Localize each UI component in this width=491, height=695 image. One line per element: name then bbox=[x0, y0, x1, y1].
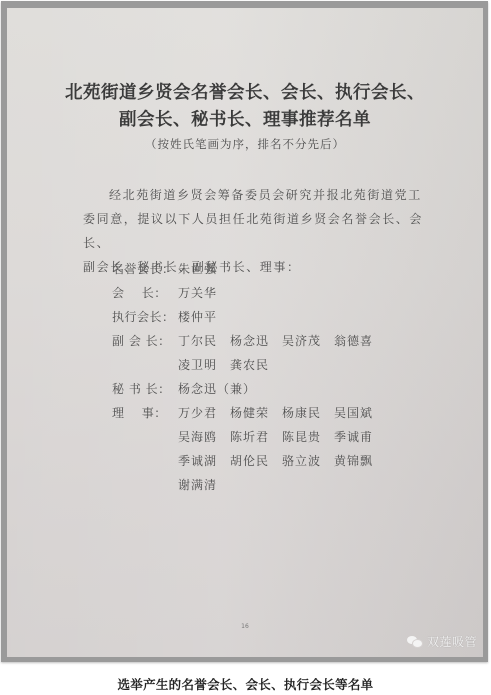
role-row-secretary-general: 秘 书 长： 杨念迅（兼） bbox=[112, 377, 398, 401]
role-names: 万关华 bbox=[178, 281, 398, 305]
person-name: 谢满清 bbox=[178, 473, 230, 497]
role-names: 杨念迅（兼） bbox=[178, 377, 398, 401]
watermark-text: 双莲吸管 bbox=[427, 633, 477, 650]
person-name: 朱世强 bbox=[178, 257, 230, 281]
watermark: 双莲吸管 bbox=[407, 633, 477, 650]
role-names: 楼仲平 bbox=[178, 305, 398, 329]
person-name: 季诚甫 bbox=[334, 425, 386, 449]
intro-line-1: 经北苑街道乡贤会筹备委员会研究并报北苑街道党工 bbox=[83, 183, 433, 207]
person-name: 胡伦民 bbox=[230, 449, 282, 473]
person-name: 龚农民 bbox=[230, 353, 282, 377]
role-names: 朱世强 bbox=[178, 257, 398, 281]
person-name: 杨康民 bbox=[282, 401, 334, 425]
role-row-executive-president: 执行会长： 楼仲平 bbox=[112, 305, 398, 329]
role-label: 执行会长： bbox=[112, 305, 178, 329]
person-name: 万少君 bbox=[178, 401, 230, 425]
person-name: 黄锦飘 bbox=[334, 449, 386, 473]
role-label: 秘 书 长： bbox=[112, 377, 178, 401]
document-title: 北苑街道乡贤会名誉会长、会长、执行会长、 副会长、秘书长、理事推荐名单 bbox=[7, 80, 483, 134]
person-name: 丁尔民 bbox=[178, 329, 230, 353]
person-name: 万关华 bbox=[178, 281, 230, 305]
page-number: 16 bbox=[7, 623, 483, 630]
document-photo: 北苑街道乡贤会名誉会长、会长、执行会长、 副会长、秘书长、理事推荐名单 （按姓氏… bbox=[1, 1, 488, 662]
person-name: 骆立波 bbox=[282, 449, 334, 473]
person-name: 翁德喜 bbox=[334, 329, 386, 353]
person-name: 吴国斌 bbox=[334, 401, 386, 425]
title-line-1: 北苑街道乡贤会名誉会长、会长、执行会长、 bbox=[7, 80, 483, 107]
title-line-2: 副会长、秘书长、理事推荐名单 bbox=[7, 107, 483, 134]
role-row-president: 会 长： 万关华 bbox=[112, 281, 398, 305]
role-label: 会 长： bbox=[112, 281, 178, 305]
person-name: 凌卫明 bbox=[178, 353, 230, 377]
role-row-honorary-president: 名誉会长： 朱世强 bbox=[112, 257, 398, 281]
role-label: 理 事： bbox=[112, 401, 178, 497]
person-name: 陈圻君 bbox=[230, 425, 282, 449]
role-label: 副 会 长： bbox=[112, 329, 178, 377]
role-row-vice-president: 副 会 长： 丁尔民 杨念迅 吴济茂 翁德喜 凌卫明 龚农民 bbox=[112, 329, 398, 377]
person-name: 杨健荣 bbox=[230, 401, 282, 425]
person-name: 杨念迅 bbox=[230, 329, 282, 353]
person-name: 楼仲平 bbox=[178, 305, 230, 329]
intro-line-2: 委同意，提议以下人员担任北苑街道乡贤会名誉会长、会长、 bbox=[83, 207, 433, 255]
role-row-directors: 理 事： 万少君 杨健荣 杨康民 吴国斌 吴海鸥 陈圻君 陈昆贵 季诚甫 季诚湖… bbox=[112, 401, 398, 497]
role-list: 名誉会长： 朱世强 会 长： 万关华 执行会长： 楼仲平 副 会 长： bbox=[112, 257, 398, 497]
person-name: 吴济茂 bbox=[282, 329, 334, 353]
role-names: 丁尔民 杨念迅 吴济茂 翁德喜 凌卫明 龚农民 bbox=[178, 329, 398, 377]
document-subtitle: （按姓氏笔画为序，排名不分先后） bbox=[7, 136, 483, 152]
image-caption: 选举产生的名誉会长、会长、执行会长等名单 bbox=[0, 675, 491, 693]
person-name: 杨念迅（兼） bbox=[178, 377, 256, 401]
person-name: 吴海鸥 bbox=[178, 425, 230, 449]
person-name: 陈昆贵 bbox=[282, 425, 334, 449]
person-name: 季诚湖 bbox=[178, 449, 230, 473]
role-names: 万少君 杨健荣 杨康民 吴国斌 吴海鸥 陈圻君 陈昆贵 季诚甫 季诚湖 胡伦民 … bbox=[178, 401, 398, 497]
paper-page: 北苑街道乡贤会名誉会长、会长、执行会长、 副会长、秘书长、理事推荐名单 （按姓氏… bbox=[7, 8, 483, 657]
wechat-icon bbox=[407, 636, 423, 648]
role-label: 名誉会长： bbox=[112, 257, 178, 281]
